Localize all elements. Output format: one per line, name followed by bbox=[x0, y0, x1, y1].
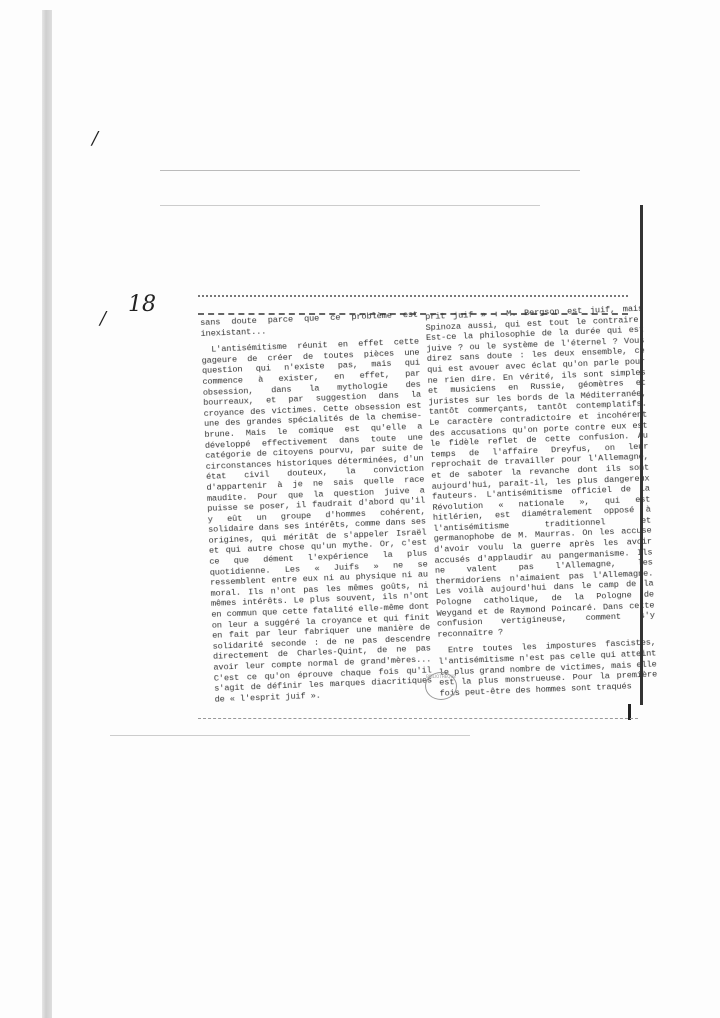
library-stamp: BIBLIOTHÈQUE bbox=[425, 672, 457, 700]
handwritten-mark: / bbox=[92, 128, 98, 149]
handwritten-page-number: 18 bbox=[128, 292, 156, 317]
paragraph: L'antisémitisme réunit en effet cette ga… bbox=[201, 337, 433, 705]
scan-binding-edge bbox=[42, 10, 52, 1018]
paragraph: prit juif » : M. Bergson est juif, mais … bbox=[425, 304, 655, 641]
paragraph: Entre toutes les impostures fascistes, l… bbox=[438, 638, 658, 699]
scan-artifact-line bbox=[110, 735, 470, 736]
scan-artifact-line bbox=[160, 205, 540, 206]
handwritten-slash: / bbox=[100, 308, 106, 329]
clipping-bottom-edge bbox=[198, 718, 638, 720]
scan-artifact-line bbox=[160, 170, 580, 171]
article-column-right: prit juif » : M. Bergson est juif, mais … bbox=[425, 304, 658, 705]
article-column-left: sans doute parce que ce problème est ine… bbox=[200, 310, 433, 711]
clipping-header-rule bbox=[198, 295, 628, 301]
